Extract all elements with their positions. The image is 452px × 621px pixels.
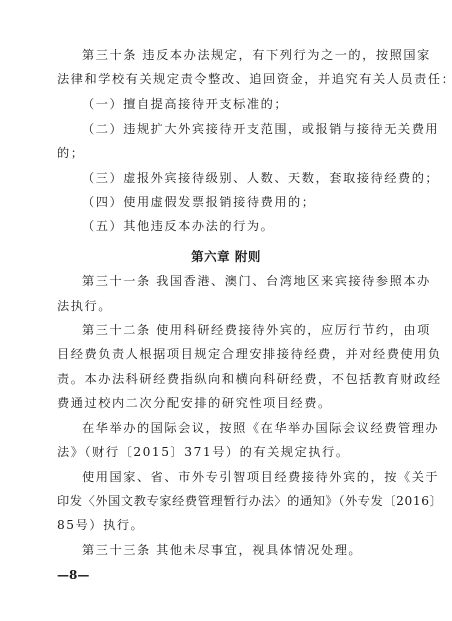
article-31-line-1: 第三十一条 我国香港、澳门、台湾地区来宾接待参照本办 (82, 273, 397, 289)
conference-paragraph-line-2: 法》（财行〔2015〕371号）的有关规定执行。 (57, 444, 397, 460)
item-5: （五）其他违反本办法的行为。 (82, 218, 397, 234)
article-33: 第三十三条 其他未尽事宜，视具体情况处理。 (82, 542, 397, 558)
page-number: —8— (57, 568, 89, 582)
article-30-line-1: 第三十条 违反本办法规定，有下列行为之一的，按照国家 (82, 47, 397, 63)
conference-paragraph-line-1: 在华举办的国际会议，按照《在华举办国际会议经费管理办 (82, 420, 397, 436)
expert-funds-line-2: 印发〈外国文教专家经费管理暂行办法〉的通知》（外专发〔2016〕 (57, 493, 397, 509)
chapter-heading: 第六章 附则 (0, 249, 452, 265)
expert-funds-line-1: 使用国家、省、市外专引智项目经费接待外宾的，按《关于 (82, 469, 397, 485)
article-32-line-4: 费通过校内二次分配安排的研究性项目经费。 (57, 395, 397, 411)
item-4: （四）使用虚假发票报销接待费用的； (82, 194, 397, 210)
item-2-line-2: 的； (57, 145, 397, 161)
item-1: （一）擅自提高接待开支标准的； (82, 96, 397, 112)
expert-funds-line-3: 85号）执行。 (57, 517, 397, 533)
item-3: （三）虚报外宾接待级别、人数、天数，套取接待经费的； (82, 170, 397, 186)
article-32-line-2: 目经费负责人根据项目规定合理安排接待经费，并对经费使用负 (57, 346, 397, 362)
article-32-line-1: 第三十二条 使用科研经费接待外宾的，应厉行节约，由项 (82, 322, 397, 338)
article-31-line-2: 法执行。 (57, 298, 397, 314)
article-30-line-2: 法律和学校有关规定责令整改、追回资金，并追究有关人员责任： (57, 71, 397, 87)
document-page: 第三十条 违反本办法规定，有下列行为之一的，按照国家 法律和学校有关规定责令整改… (0, 0, 452, 621)
article-32-line-3: 责。本办法科研经费指纵向和横向科研经费，不包括教育财政经 (57, 371, 397, 387)
item-2-line-1: （二）违规扩大外宾接待开支范围，或报销与接待无关费用 (82, 121, 397, 137)
